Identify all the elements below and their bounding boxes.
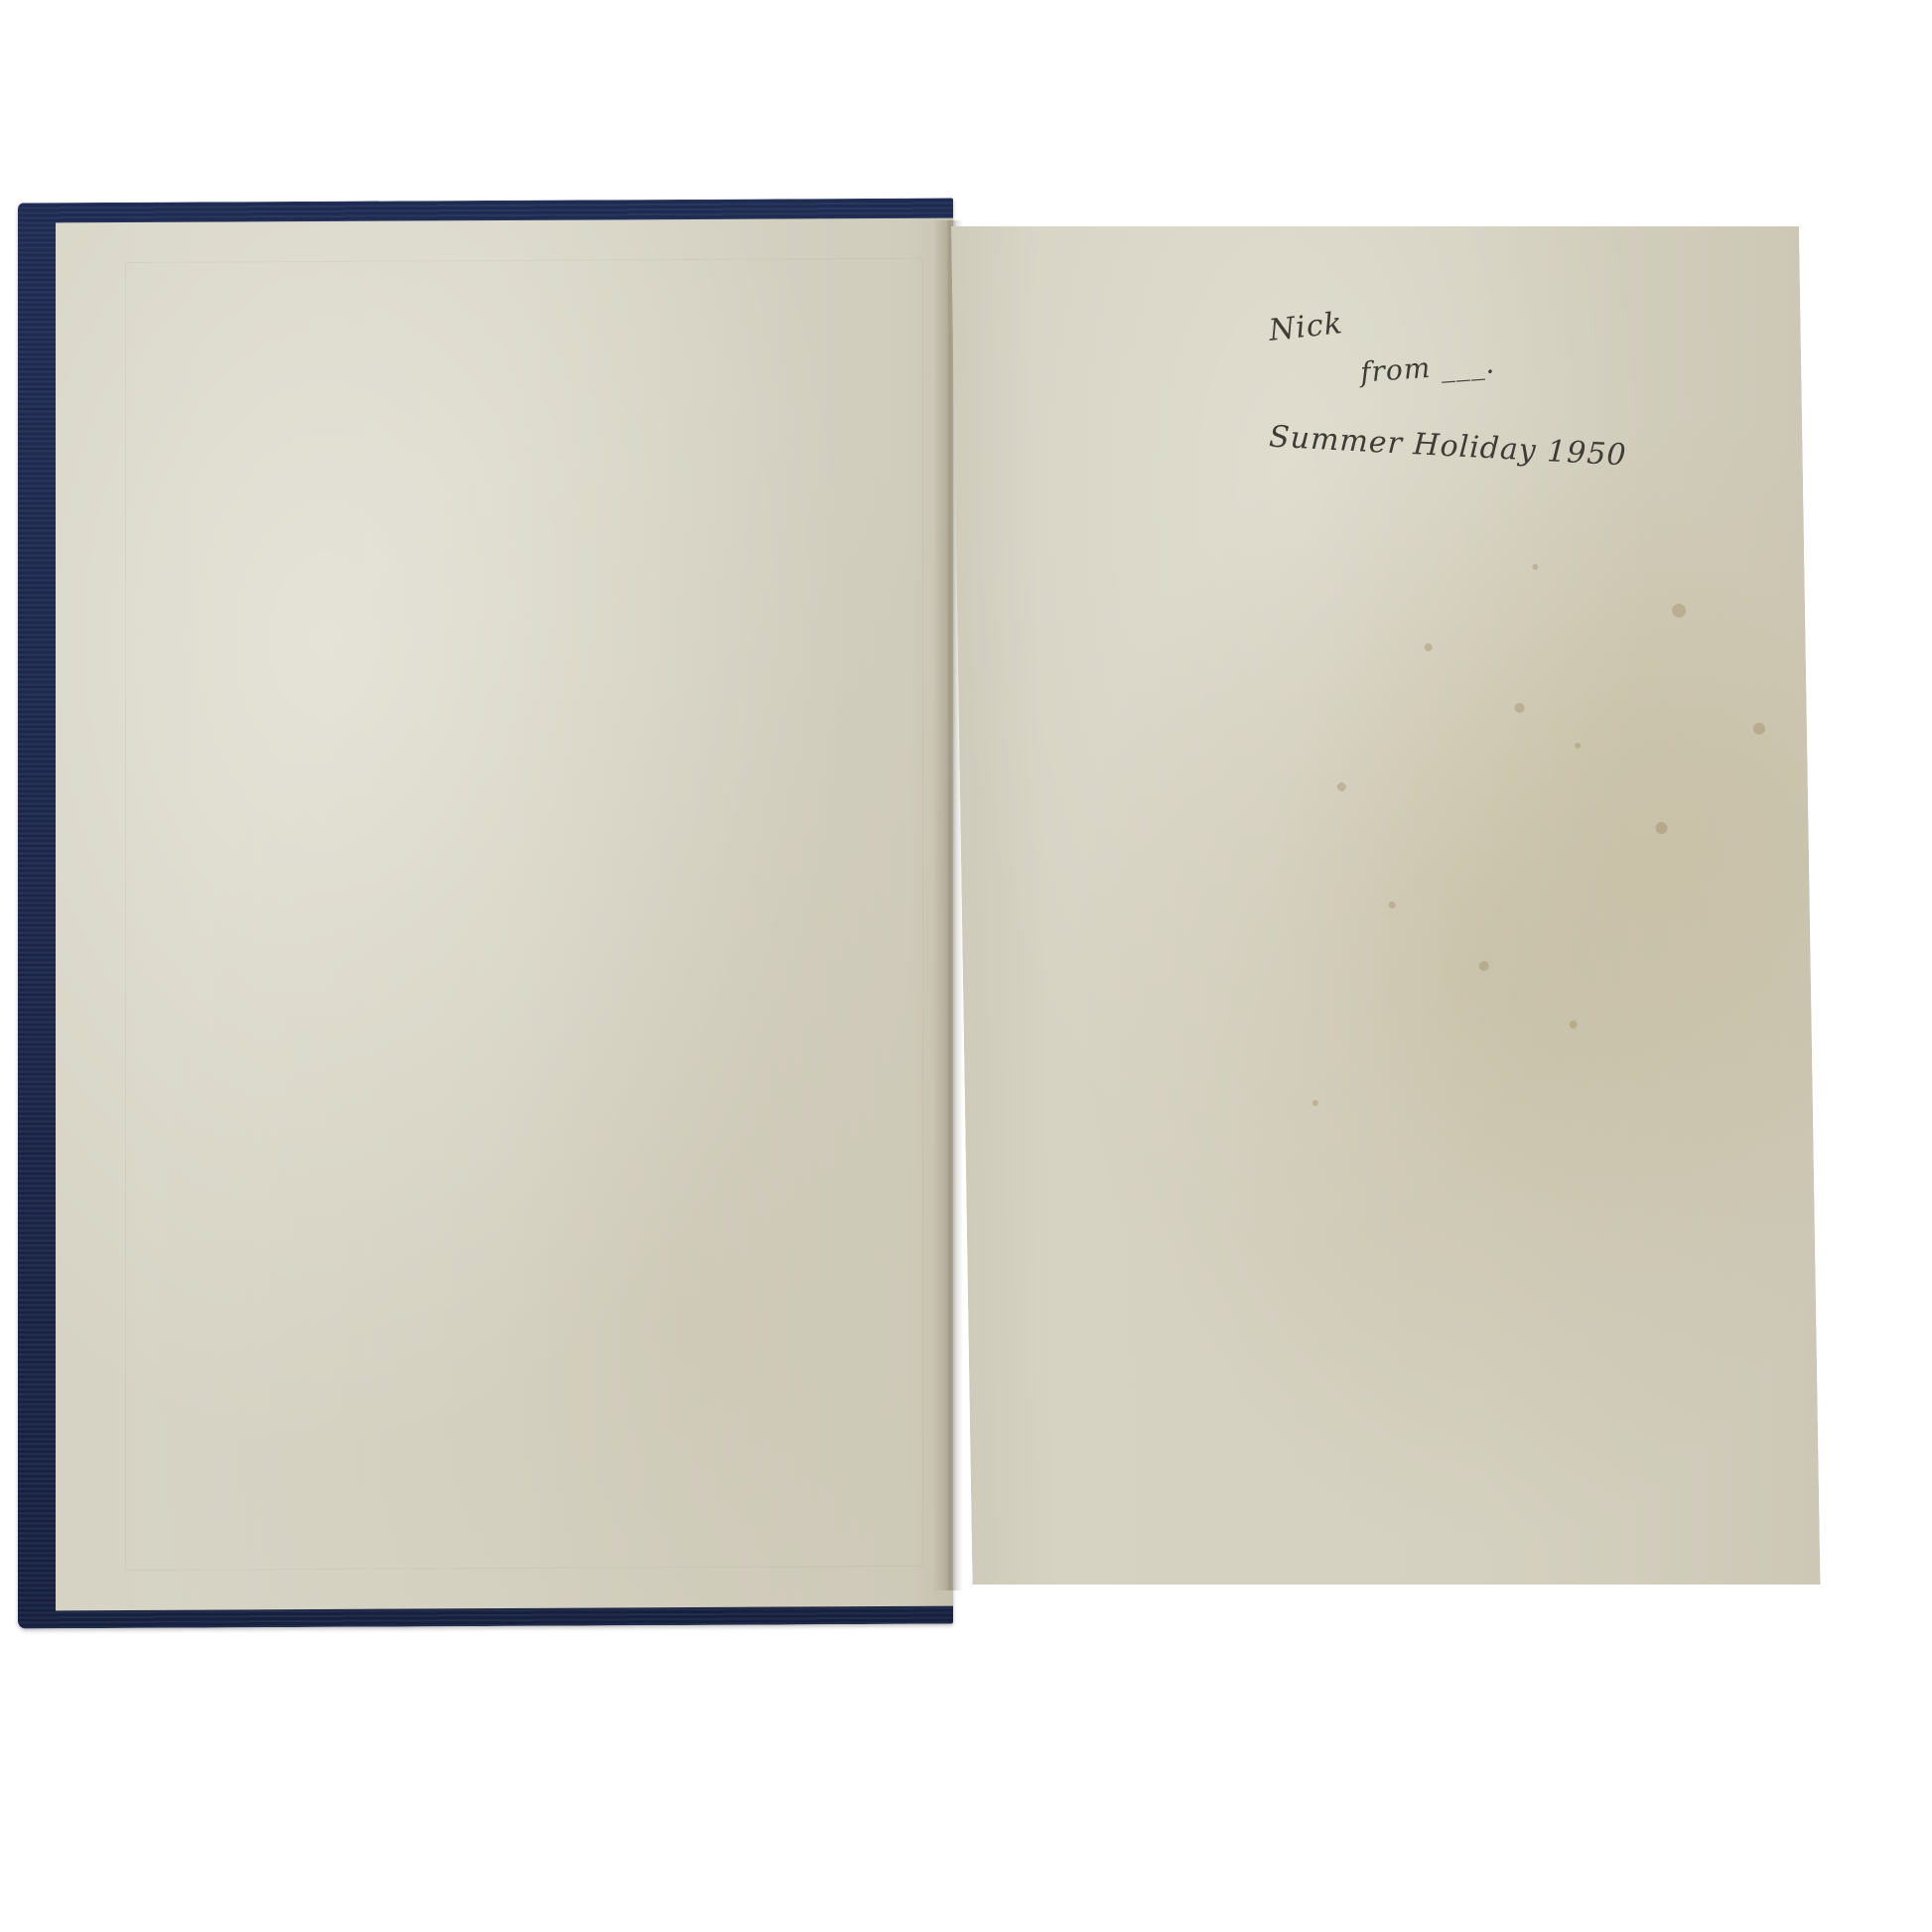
inscription-line-2: from ___. (1359, 346, 1496, 388)
inscription-line-3: Summer Holiday 1950 (1268, 420, 1627, 474)
foxing-spot (1312, 1100, 1318, 1106)
inscription-line-1: Nick (1267, 306, 1344, 348)
foxing-spot (1655, 822, 1667, 834)
foxing-spot (1479, 961, 1489, 971)
foxing-spot (1389, 901, 1396, 908)
photo-scene: Nick from ___. Summer Holiday 1950 (0, 0, 1932, 1932)
foxing-spot (1532, 564, 1538, 570)
front-pastedown-page (56, 218, 953, 1611)
foxing-spot (1570, 1021, 1578, 1029)
handwritten-inscription: Nick from ___. Summer Holiday 1950 (1261, 310, 1618, 488)
foxing-spot (1425, 643, 1433, 651)
foxing-spot (1515, 703, 1525, 713)
foxing-spot (1575, 743, 1581, 749)
foxing-spot (1672, 604, 1686, 618)
foxing-spot (1753, 723, 1765, 735)
foxing-spot (1337, 782, 1346, 791)
